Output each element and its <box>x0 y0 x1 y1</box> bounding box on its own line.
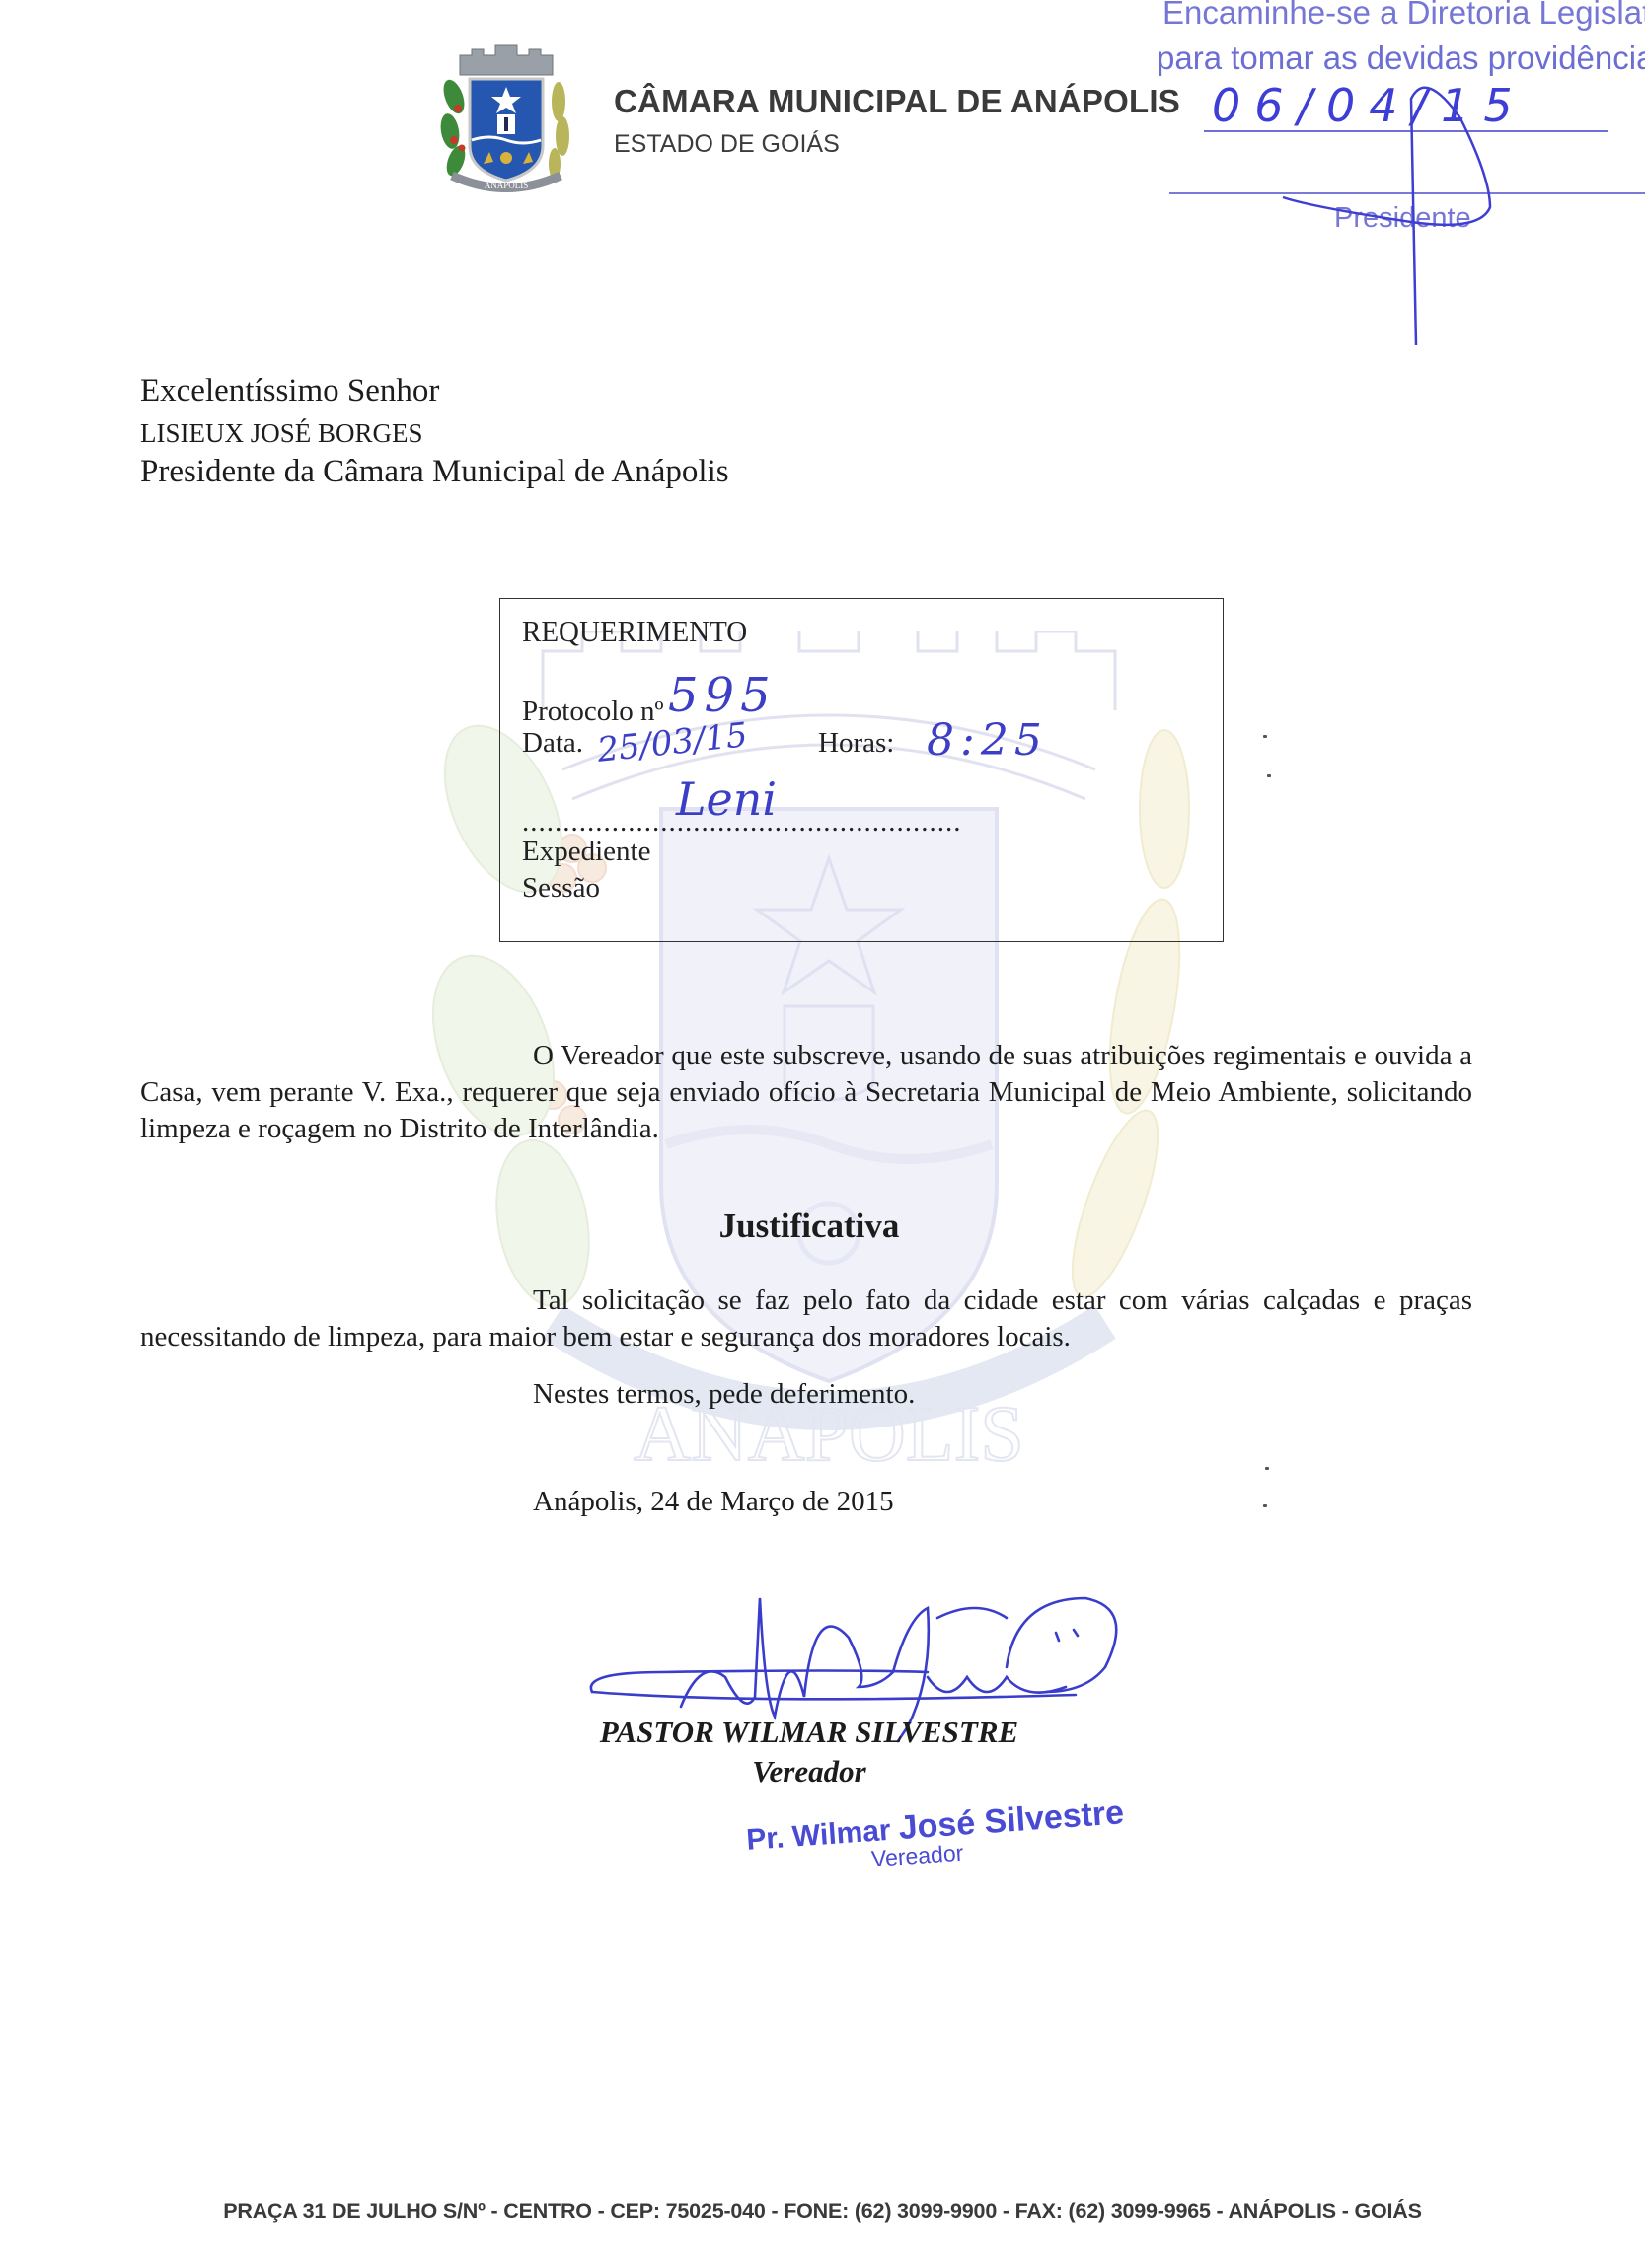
stamp-name-prefix: Pr. Wilmar <box>745 1814 891 1857</box>
dispatch-date-rule <box>1204 130 1608 132</box>
signer-role: Vereador <box>0 1754 1618 1790</box>
dispatch-stamp-line1: Encaminhe-se a Diretoria Legislat <box>1162 0 1645 32</box>
salutation-line: Excelentíssimo Senhor <box>140 373 439 409</box>
place-and-date: Anápolis, 24 de Março de 2015 <box>533 1486 894 1518</box>
expediente-label: Expediente <box>522 836 650 868</box>
requerimento-protocol-box: REQUERIMENTO Protocolo nº 595 Data. 25/0… <box>499 598 1224 942</box>
scan-speck <box>1267 774 1271 777</box>
scan-speck <box>1263 1504 1267 1507</box>
svg-text:ANAPOLIS: ANAPOLIS <box>485 181 529 190</box>
closing-line: Nestes termos, pede deferimento. <box>533 1378 915 1411</box>
recipient-name: LISIEUX JOSÉ BORGES <box>140 418 423 449</box>
justification-paragraph: Tal solicitação se faz pelo fato da cida… <box>140 1282 1472 1355</box>
request-paragraph-text: O Vereador que este subscreve, usando de… <box>140 1040 1472 1144</box>
footer-address: PRAÇA 31 DE JULHO S/Nº - CENTRO - CEP: 7… <box>0 2199 1645 2224</box>
signature-dotted-line: ........................................… <box>522 806 962 839</box>
dispatch-signature-rule <box>1169 192 1645 194</box>
coat-of-arms-logo-icon: ANAPOLIS <box>432 37 580 195</box>
hours-label: Horas: <box>818 727 894 760</box>
scan-speck <box>1265 1467 1269 1470</box>
sessao-label: Sessão <box>522 872 600 905</box>
hours-handwritten: 8:25 <box>927 715 1048 766</box>
dispatch-date-handwritten: 06/04/15 <box>1212 79 1527 132</box>
signer-name: PASTOR WILMAR SILVESTRE <box>0 1715 1618 1750</box>
justification-paragraph-text: Tal solicitação se faz pelo fato da cida… <box>140 1284 1472 1353</box>
councilor-rubber-stamp: Pr. Wilmar José Silvestre Vereador <box>745 1793 1127 1881</box>
date-label: Data. <box>522 727 583 760</box>
justification-heading: Justificativa <box>0 1207 1618 1246</box>
header-subtitle: ESTADO DE GOIÁS <box>614 130 840 159</box>
requerimento-title: REQUERIMENTO <box>522 617 747 649</box>
protocol-label: Protocolo nº <box>522 695 664 728</box>
protocol-number-handwritten: 595 <box>668 668 777 723</box>
recipient-title: Presidente da Câmara Municipal de Anápol… <box>140 454 729 490</box>
scan-speck <box>1263 735 1267 738</box>
header-title: CÂMARA MUNICIPAL DE ANÁPOLIS <box>614 83 1180 120</box>
request-paragraph: O Vereador que este subscreve, usando de… <box>140 1038 1472 1147</box>
dispatch-stamp-line2: para tomar as devidas providência <box>1157 39 1645 77</box>
dispatch-signer-label: Presidente <box>1334 202 1471 235</box>
